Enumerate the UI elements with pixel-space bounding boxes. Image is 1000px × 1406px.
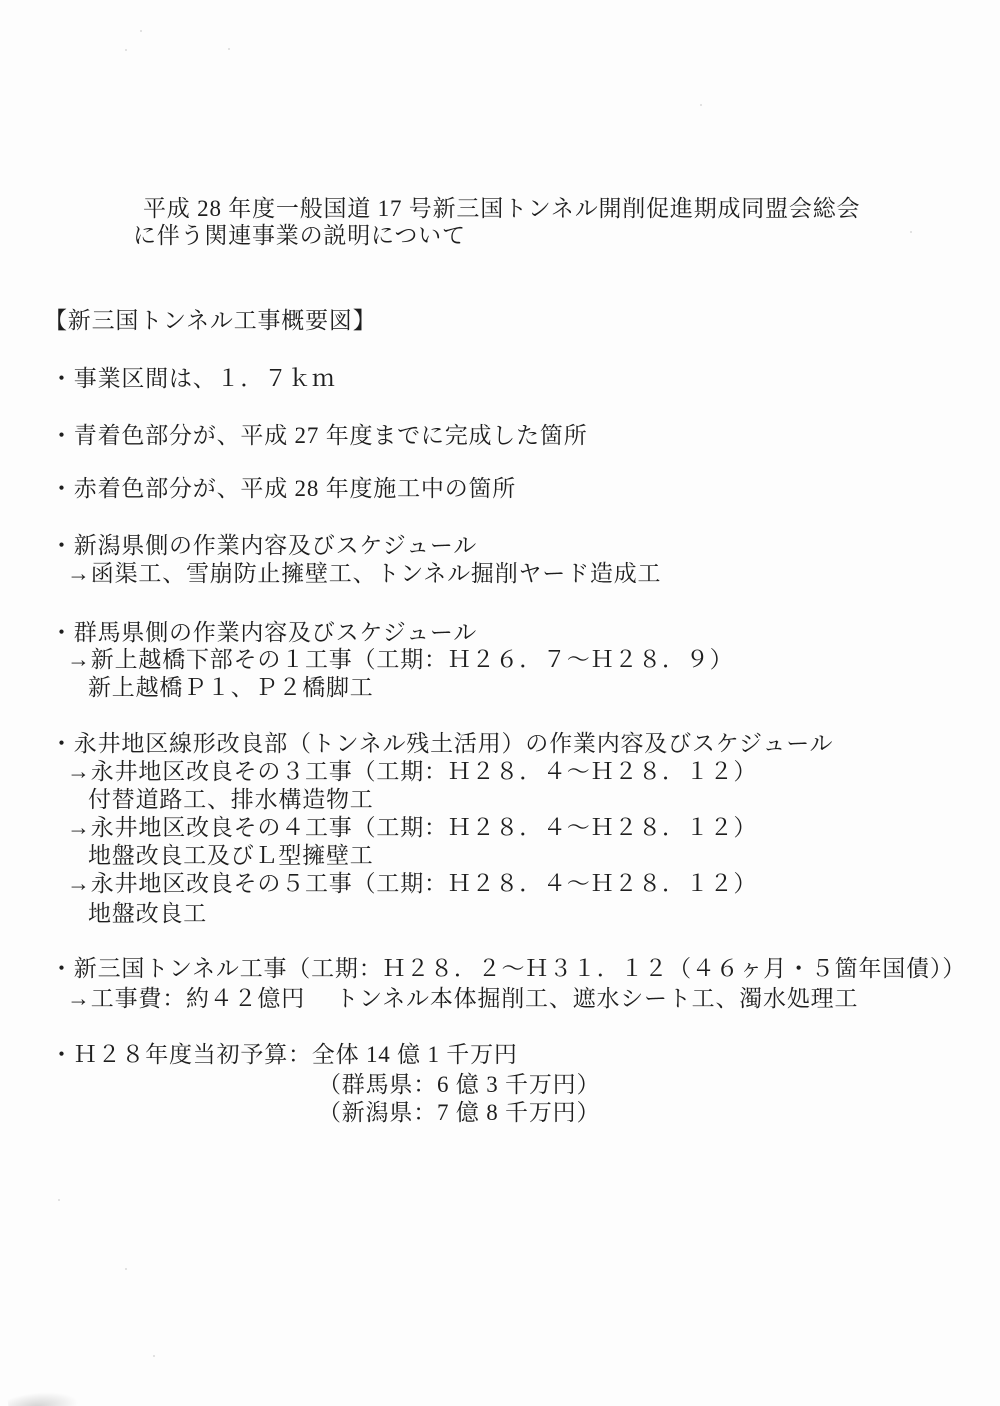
title-line-2: に伴う関連事業の説明について [133, 224, 466, 247]
scanned-document-page: 平成 28 年度一般国道 17 号新三国トンネル開削促進期成同盟会総会 に伴う関… [0, 0, 1000, 1406]
section-heading: 【新三国トンネル工事概要図】 [44, 309, 377, 332]
scan-speck [58, 1199, 60, 1201]
nagai-no3-contract: →永井地区改良その３工事（工期：Ｈ２８．４～Ｈ２８．１２） [67, 760, 757, 783]
scan-speck [153, 1355, 155, 1357]
tunnel-cost-detail: →工事費：約４２億円 トンネル本体掘削工、遮水シート工、濁水処理工 [67, 987, 858, 1010]
scan-speck [140, 30, 142, 32]
scan-smudge [7, 1388, 78, 1406]
nagai-no5-works: 地盤改良工 [88, 902, 207, 925]
nagai-no4-works: 地盤改良工及びＬ型擁壁工 [88, 844, 374, 867]
bullet-tunnel-contract: ・新三国トンネル工事（工期：Ｈ２８．２～Ｈ３１．１２（４６ヶ月・５箇年国債）） [50, 957, 966, 980]
bullet-gunma-schedule: ・群馬県側の作業内容及びスケジュール [50, 621, 477, 644]
bullet-niigata-schedule: ・新潟県側の作業内容及びスケジュール [50, 534, 477, 557]
nagai-no4-contract: →永井地区改良その４工事（工期：Ｈ２８．４～Ｈ２８．１２） [67, 816, 757, 839]
bullet-budget: ・Ｈ２８年度当初予算：全体 14 億 1 千万円 [50, 1043, 518, 1066]
scan-speck [125, 1268, 127, 1270]
gunma-bridge-contract: →新上越橋下部その１工事（工期：Ｈ２６．７～Ｈ２８．９） [67, 648, 733, 671]
budget-niigata: （新潟県：7 億 8 千万円） [318, 1101, 600, 1124]
scan-speck [910, 231, 912, 233]
niigata-works-detail: →函渠工、雪崩防止擁壁工、トンネル掘削ヤード造成工 [67, 562, 661, 585]
scan-speck [228, 48, 230, 50]
gunma-bridge-piers: 新上越橋Ｐ１、Ｐ２橋脚工 [88, 676, 374, 699]
title-line-1: 平成 28 年度一般国道 17 号新三国トンネル開削促進期成同盟会総会 [143, 197, 860, 220]
nagai-no3-works: 付替道路工、排水構造物工 [88, 788, 374, 811]
bullet-inprogress-red: ・赤着色部分が、平成 28 年度施工中の箇所 [50, 477, 516, 500]
bullet-project-length: ・事業区間は、１．７ｋｍ [50, 367, 336, 390]
scan-speck [125, 49, 127, 51]
bullet-completed-blue: ・青着色部分が、平成 27 年度までに完成した箇所 [50, 424, 588, 447]
budget-gunma: （群馬県：6 億 3 千万円） [318, 1073, 600, 1096]
nagai-no5-contract: →永井地区改良その５工事（工期：Ｈ２８．４～Ｈ２８．１２） [67, 872, 757, 895]
scan-speck [700, 104, 702, 106]
bullet-nagai-improvement: ・永井地区線形改良部（トンネル残土活用）の作業内容及びスケジュール [50, 732, 833, 755]
